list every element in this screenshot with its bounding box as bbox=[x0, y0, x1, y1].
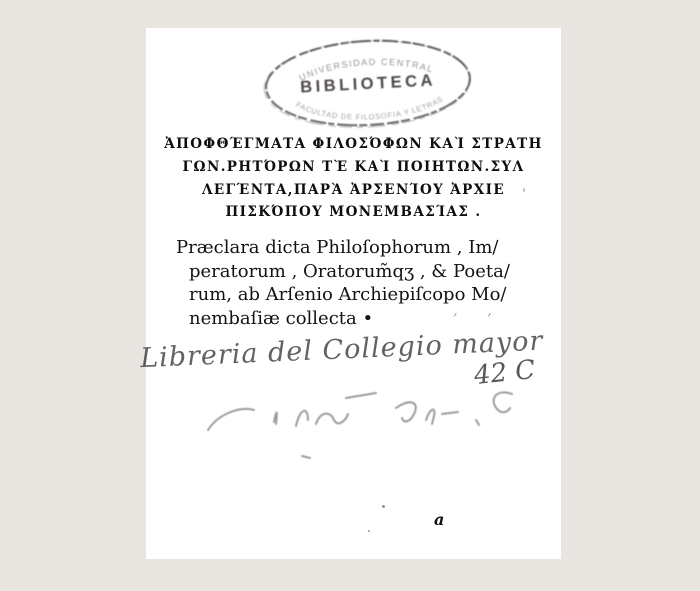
stamp-arc-bottom-text: FACULTAD DE FILOSOFIA Y LETRAS bbox=[294, 92, 446, 125]
scan-background: UNIVERSIDAD CENTRAL FACULTAD DE FILOSOFI… bbox=[0, 0, 700, 591]
latin-title-line: Præclara dicta Philoſophorum , Im∕ bbox=[176, 236, 528, 260]
greek-title-line: ΠΙΣΚΌΠΟΥ ΜΟΝΕΜΒΑΣΊΑΣ . bbox=[146, 201, 561, 224]
paper-speck bbox=[523, 188, 525, 192]
greek-title-line: ΓΩΝ.ΡΗΤΌΡΩΝ ΤῈ ΚΑῚ ΠΟΙΗΤΩΝ.ΣΥΛ bbox=[146, 156, 561, 179]
greek-title: ἈΠΟΦΘΈΓΜΑΤΑ ΦΙΛΟΣΌΦΩΝ ΚΑῚ ΣΤΡΑΤΗ ΓΩΝ.ΡΗΤ… bbox=[146, 133, 561, 224]
paper-speck bbox=[382, 505, 385, 508]
book-title-page: UNIVERSIDAD CENTRAL FACULTAD DE FILOSOFI… bbox=[146, 28, 561, 559]
stray-ink-marks: ʼ ʼ bbox=[452, 310, 503, 329]
paper-speck bbox=[368, 530, 370, 532]
latin-title-line: rum, ab Arſenio Archiepiſcopo Mo∕ bbox=[176, 283, 528, 307]
gathering-mark: a bbox=[434, 510, 444, 529]
library-stamp: UNIVERSIDAD CENTRAL FACULTAD DE FILOSOFI… bbox=[258, 30, 479, 135]
greek-title-line: ἈΠΟΦΘΈΓΜΑΤΑ ΦΙΛΟΣΌΦΩΝ ΚΑῚ ΣΤΡΑΤΗ bbox=[146, 133, 561, 156]
greek-title-line: ΛΕΓΈΝΤΑ,ΠΑΡᾺ ἈΡΣΕΝΊΟΥ ἈΡΧΙΕ bbox=[146, 179, 561, 202]
signature-flourish bbox=[196, 380, 546, 470]
latin-title-line: peratorum , Oratorum̃qʒ , & Poeta∕ bbox=[176, 260, 528, 284]
